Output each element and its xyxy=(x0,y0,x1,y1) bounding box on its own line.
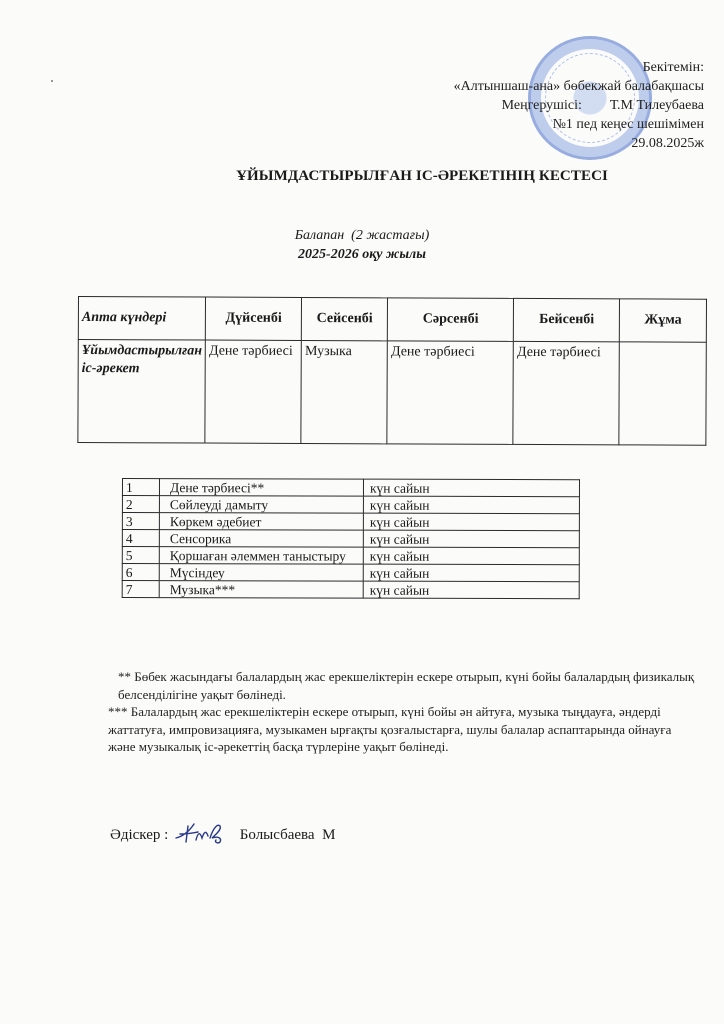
activity-name: Сөйлеуді дамыту xyxy=(159,496,363,514)
document-title: ҰЙЫМДАСТЫРЫЛҒАН ІС-ӘРЕКЕТІНІҢ КЕСТЕСІ xyxy=(0,168,724,185)
signer-name: Болысбаева М xyxy=(240,827,336,843)
signer-label: Әдіскер : xyxy=(110,827,168,843)
activity-name: Көркем әдебиет xyxy=(159,513,363,531)
approval-line: №1 пед кеңес шешімімен xyxy=(454,115,704,134)
row-label: Ұйымдастырылған іс-әрекет xyxy=(78,340,206,444)
table-row: 3Көркем әдебиеткүн сайын xyxy=(122,513,579,531)
table-row: 4Сенсорикакүн сайын xyxy=(122,530,579,548)
activity-frequency: күн сайын xyxy=(363,496,579,514)
approval-line: Бекітемін: xyxy=(454,58,704,77)
table-row: 7Музыка***күн сайын xyxy=(122,581,579,599)
activity-number: 5 xyxy=(122,547,159,564)
activity-number: 6 xyxy=(122,564,159,581)
cell-wednesday: Дене тәрбиесі xyxy=(387,341,513,445)
activity-frequency: күн сайын xyxy=(363,530,579,548)
activity-frequency: күн сайын xyxy=(363,513,579,531)
header-days: Апта күндері xyxy=(78,297,205,341)
table-header-row: Апта күндері Дүйсенбі Сейсенбі Сәрсенбі … xyxy=(78,297,706,343)
handwritten-signature-icon xyxy=(174,822,226,844)
academic-year: 2025-2026 оқу жылы xyxy=(0,245,724,264)
methodologist-signature-line: Әдіскер : Болысбаева М xyxy=(110,822,335,844)
activity-number: 7 xyxy=(122,581,159,598)
group-name: Балапан (2 жастағы) xyxy=(0,226,724,245)
activity-name: Сенсорика xyxy=(159,530,363,548)
activity-frequency-table: 1Дене тәрбиесі**күн сайын 2Сөйлеуді дамы… xyxy=(122,478,580,599)
table-row: Ұйымдастырылған іс-әрекет Дене тәрбиесі … xyxy=(78,340,706,446)
activity-name: Мүсіндеу xyxy=(159,564,363,582)
table-row: 6Мүсіндеукүн сайын xyxy=(122,564,579,582)
activity-number: 3 xyxy=(122,513,159,530)
header-thursday: Бейсенбі xyxy=(514,298,620,341)
activity-name: Дене тәрбиесі** xyxy=(159,479,363,497)
header-wednesday: Сәрсенбі xyxy=(388,298,514,342)
footnotes: ** Бөбек жасындағы балалардың жас ерекше… xyxy=(112,668,702,756)
header-friday: Жұма xyxy=(620,299,707,342)
table-row: 5Қоршаған әлеммен таныстырукүн сайын xyxy=(122,547,579,565)
title-text: ҰЙЫМДАСТЫРЫЛҒАН ІС-ӘРЕКЕТІНІҢ КЕСТЕСІ xyxy=(236,168,608,184)
cell-thursday: Дене тәрбиесі xyxy=(513,341,619,444)
activity-number: 4 xyxy=(122,530,159,547)
approval-line: Меңгерушісі: Т.М Тилеубаева xyxy=(454,96,704,115)
footnote-physical: ** Бөбек жасындағы балалардың жас ерекше… xyxy=(112,668,702,703)
header-tuesday: Сейсенбі xyxy=(302,297,388,340)
approval-block: Бекітемін: «Алтыншаш-ана» бөбекжай балаб… xyxy=(454,58,704,153)
cell-friday xyxy=(619,342,706,445)
activity-frequency: күн сайын xyxy=(363,581,579,599)
cell-tuesday: Музыка xyxy=(301,340,387,443)
header-monday: Дүйсенбі xyxy=(206,297,302,340)
activity-number: 2 xyxy=(122,496,159,513)
footnote-music: *** Балалардың жас ерекшеліктерін ескере… xyxy=(108,703,702,756)
activity-frequency: күн сайын xyxy=(363,564,579,582)
approval-line: «Алтыншаш-ана» бөбекжай балабақшасы xyxy=(454,77,704,96)
activity-number: 1 xyxy=(122,479,159,496)
activity-frequency: күн сайын xyxy=(363,547,579,565)
table-row: 2Сөйлеуді дамытукүн сайын xyxy=(122,496,579,514)
activity-frequency: күн сайын xyxy=(363,479,579,497)
activity-name: Қоршаған әлеммен таныстыру xyxy=(159,547,363,565)
table-row: 1Дене тәрбиесі**күн сайын xyxy=(122,479,579,497)
cell-monday: Дене тәрбиесі xyxy=(205,340,301,443)
weekly-schedule-table: Апта күндері Дүйсенбі Сейсенбі Сәрсенбі … xyxy=(77,296,707,446)
activity-name: Музыка*** xyxy=(159,581,363,599)
approval-date: 29.08.2025ж xyxy=(454,134,704,153)
scan-speck xyxy=(51,80,53,82)
subtitle-block: Балапан (2 жастағы) 2025-2026 оқу жылы xyxy=(0,226,724,264)
